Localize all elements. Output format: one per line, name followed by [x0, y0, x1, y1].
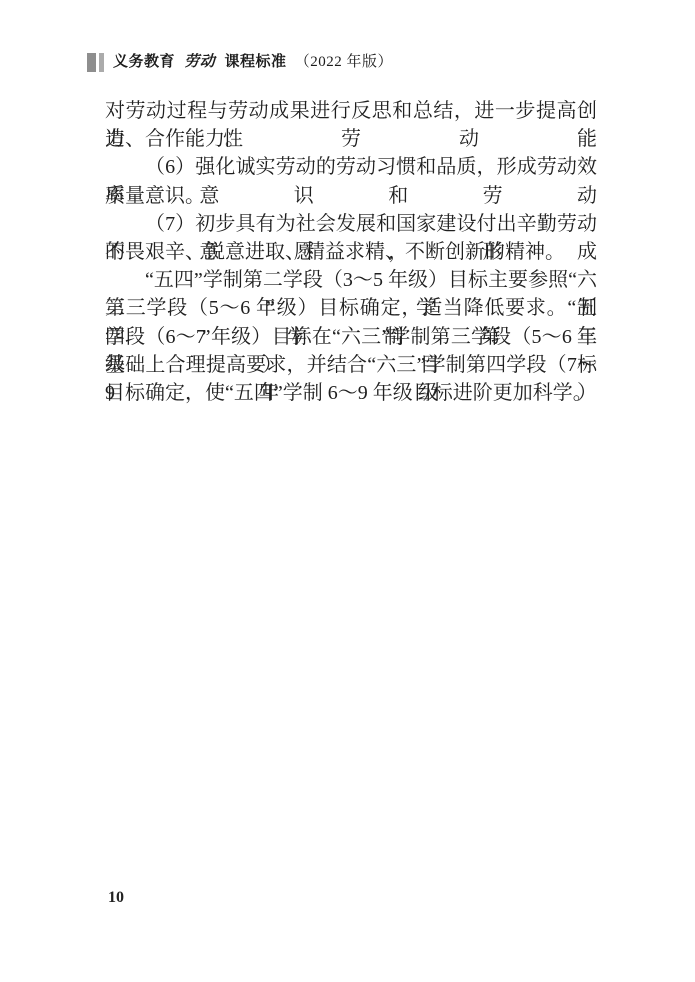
text-line: 学段（6～7 年级）目标在“六三”学制第三学段（5～6 年级）目标: [105, 323, 597, 351]
text-line: 第三学段（5～6 年级）目标确定，适当降低要求。“五四”学制第三: [105, 294, 597, 322]
document-page: 义务教育 劳动 课程标准 （2022 年版） 对劳动过程与劳动成果进行反思和总结…: [0, 0, 695, 982]
page-number: 10: [108, 889, 124, 907]
text-line: 对劳动过程与劳动成果进行反思和总结，进一步提高创造性劳动能: [105, 97, 597, 125]
header-edition: （2022 年版）: [295, 54, 393, 70]
text-line: 基础上合理提高要求，并结合“六三”学制第四学段（7～9 年级）: [105, 351, 597, 379]
header-bar-thick-icon: [87, 53, 96, 72]
header-doc-type: 课程标准: [225, 54, 287, 70]
text-line: 不畏艰辛、锐意进取、精益求精、不断创新的精神。: [105, 238, 597, 266]
text-line: 目标确定，使“五四”学制 6～9 年级目标进阶更加科学。: [105, 379, 597, 407]
header-subject: 劳动: [184, 54, 215, 70]
header-title: 义务教育 劳动 课程标准 （2022 年版）: [113, 52, 393, 72]
running-header: 义务教育 劳动 课程标准 （2022 年版）: [87, 52, 393, 72]
text-line: （7）初步具有为社会发展和国家建设付出辛勤劳动的意愿，形成: [105, 210, 597, 238]
text-line: “五四”学制第二学段（3～5 年级）目标主要参照“六三”学制: [105, 266, 597, 294]
header-series-label: 义务教育: [113, 54, 175, 70]
text-line: （6）强化诚实劳动的劳动习惯和品质，形成劳动效率意识和劳动: [105, 153, 597, 181]
header-bar-thin-icon: [99, 53, 104, 72]
body-text-block: 对劳动过程与劳动成果进行反思和总结，进一步提高创造性劳动能 力、合作能力。 （6…: [105, 97, 597, 407]
